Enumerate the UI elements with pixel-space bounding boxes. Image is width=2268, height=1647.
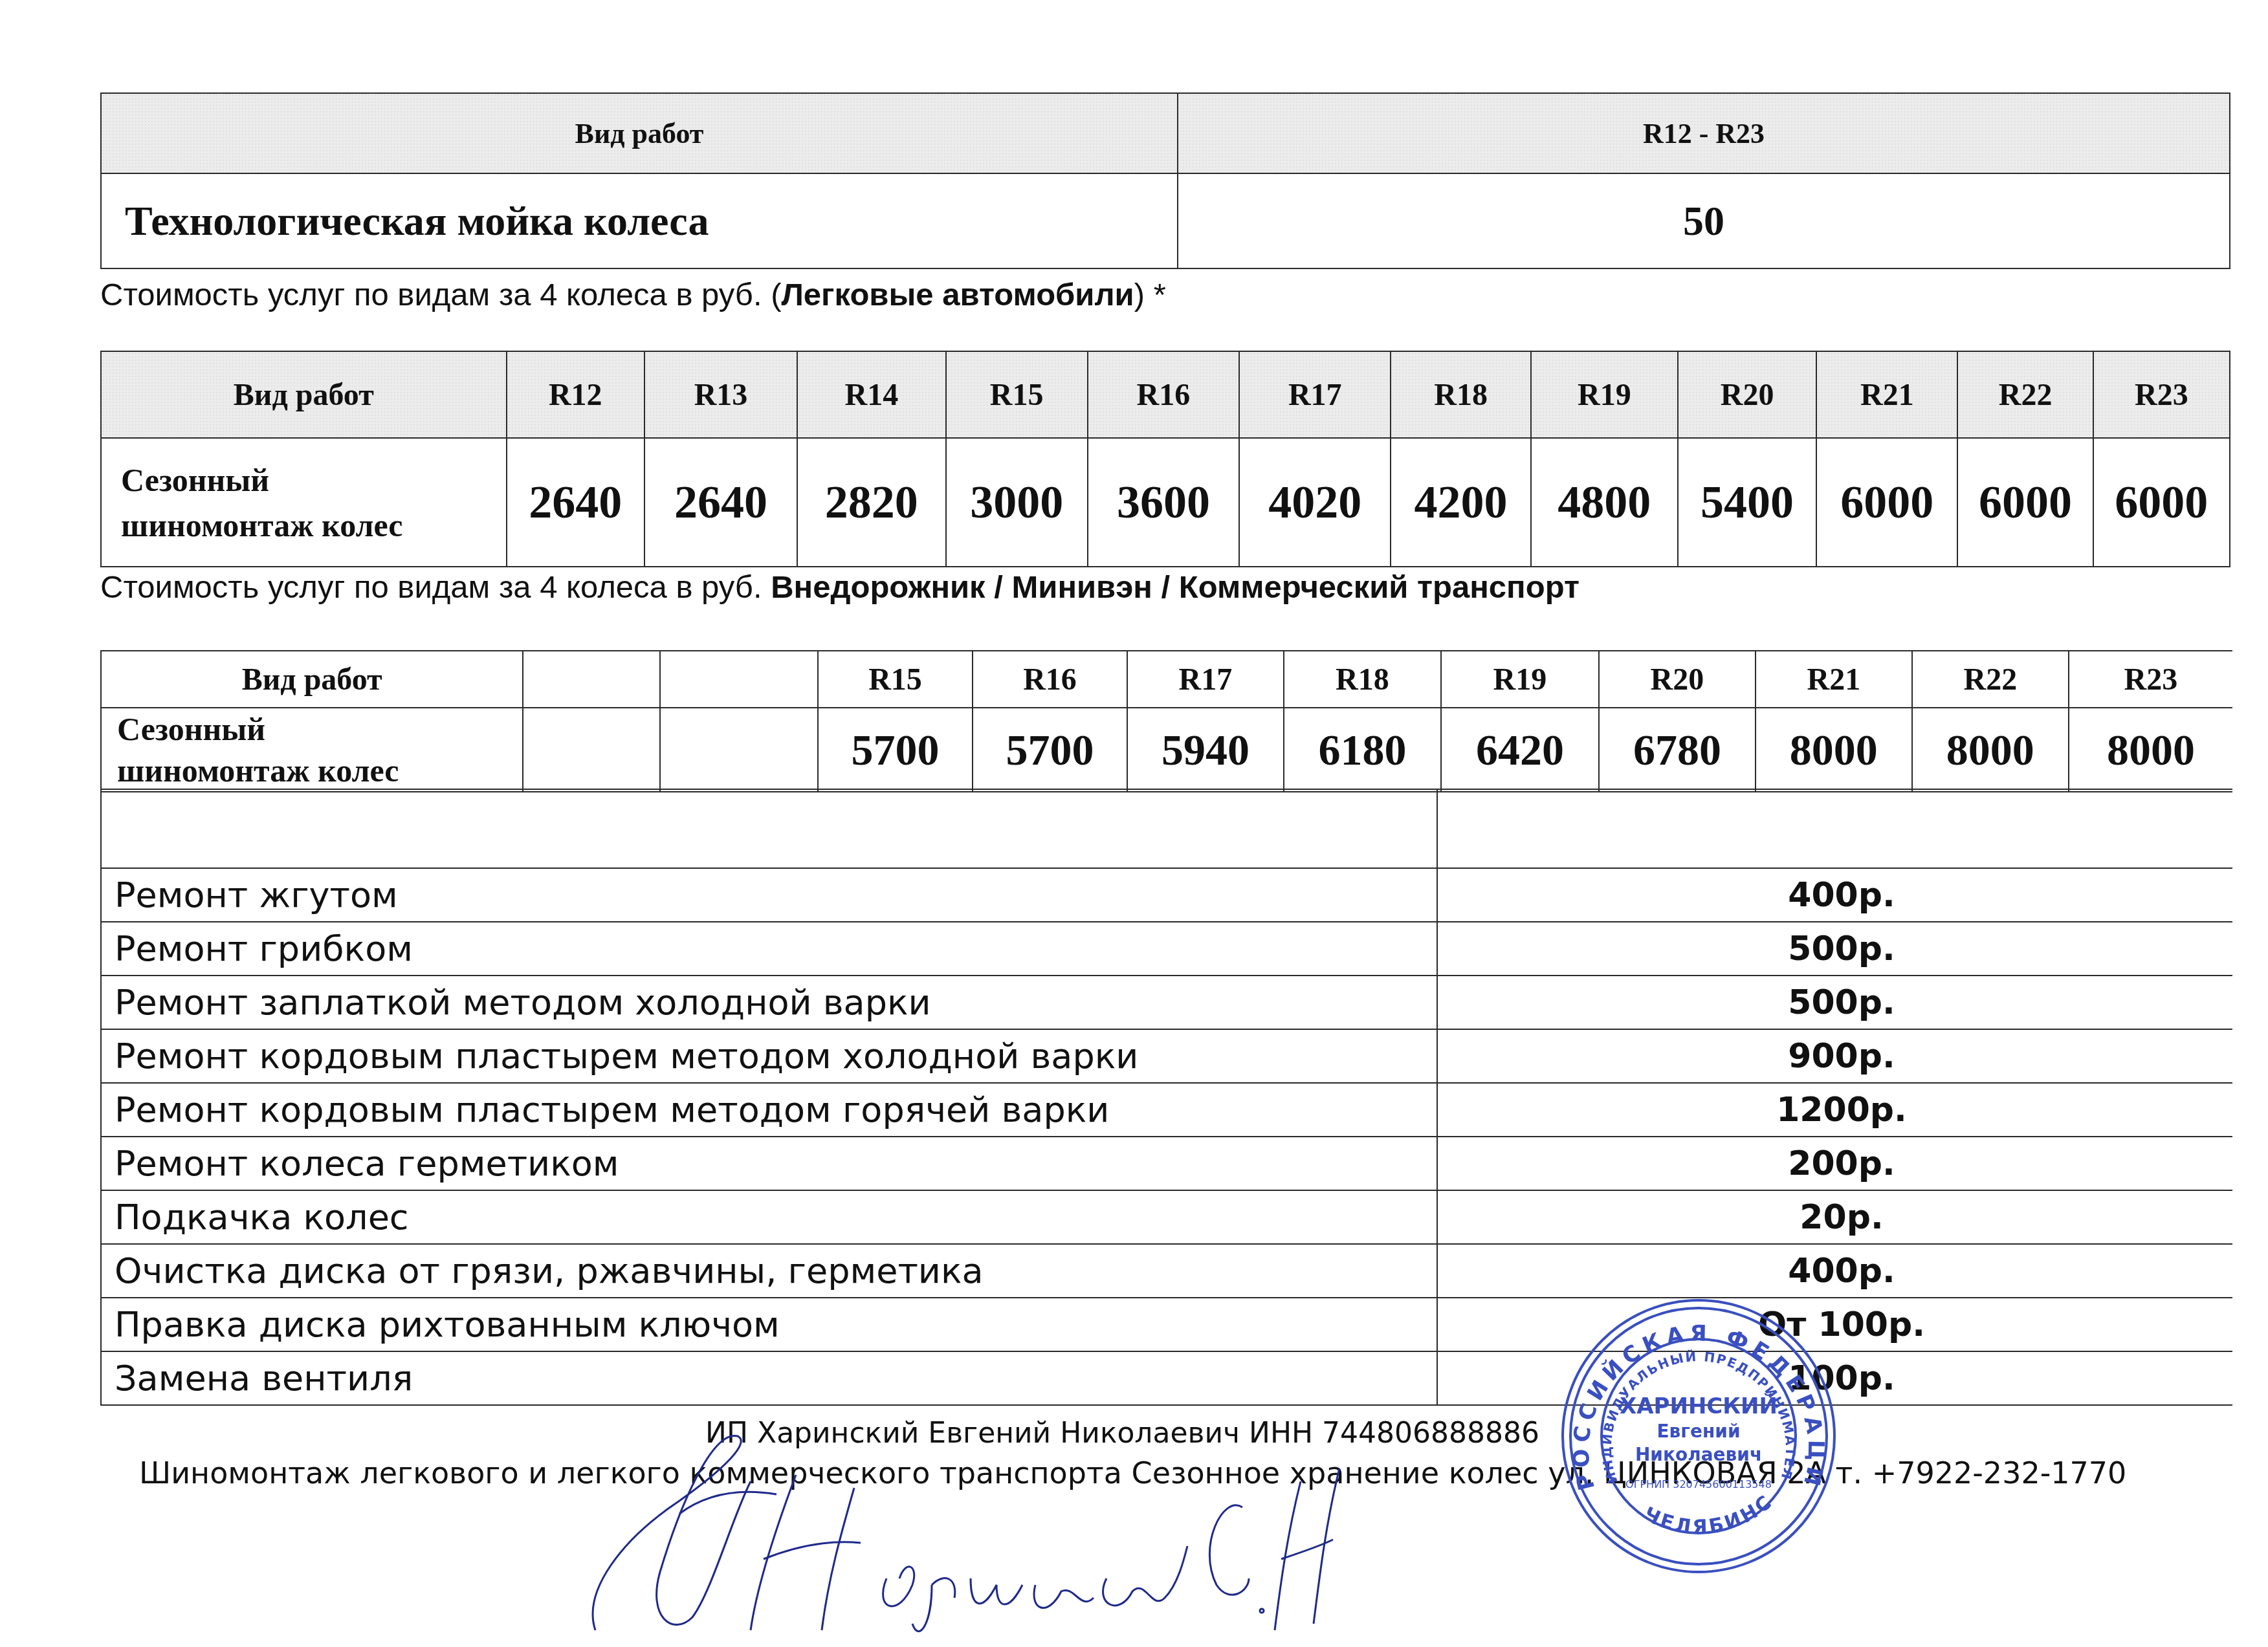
wash-price-table: Вид работ R12 - R23 Технологическая мойк… [100, 93, 2230, 269]
price-r22: 8000 [1912, 708, 2069, 792]
repair-service-row: Правка диска рихтованным ключомОт 100р. [101, 1298, 2232, 1351]
header-size-r23: R23 [2069, 651, 2232, 708]
header-empty [660, 651, 818, 708]
repair-service-row: Подкачка колес20р. [101, 1190, 2232, 1244]
price-r14: 2820 [797, 438, 945, 567]
header-size-range: R12 - R23 [1178, 93, 2230, 173]
header-work-type: Вид работ [101, 351, 507, 438]
header-size-r18: R18 [1284, 651, 1441, 708]
service-price: 900р. [1437, 1029, 2232, 1083]
service-name: Ремонт заплаткой методом холодной варки [101, 976, 1437, 1029]
blank-cell [1437, 789, 2232, 868]
repair-service-row: Ремонт жгутом400р. [101, 868, 2232, 922]
header-work-type: Вид работ [101, 93, 1178, 173]
service-price: 20р. [1437, 1190, 2232, 1244]
header-size-r22: R22 [1912, 651, 2069, 708]
service-label: Сезонныйшиномонтаж колес [101, 708, 523, 792]
header-size-r15: R15 [818, 651, 973, 708]
svg-text:Николаевич: Николаевич [1635, 1444, 1762, 1465]
price-r22: 6000 [1957, 438, 2093, 567]
price-r15: 5700 [818, 708, 973, 792]
repair-service-row: Замена вентиля100р. [101, 1351, 2232, 1405]
wash-service-label: Технологическая мойка колеса [101, 173, 1178, 268]
repair-service-row: Очистка диска от грязи, ржавчины, гермет… [101, 1244, 2232, 1298]
price-r16: 3600 [1088, 438, 1239, 567]
header-size-r16: R16 [1088, 351, 1239, 438]
header-size-r20: R20 [1599, 651, 1756, 708]
header-size-r13: R13 [644, 351, 797, 438]
header-size-r19: R19 [1531, 351, 1678, 438]
price-r21: 8000 [1756, 708, 1912, 792]
service-price: 400р. [1437, 868, 2232, 922]
price-r16: 5700 [973, 708, 1127, 792]
service-name: Ремонт кордовым пластырем методом холодн… [101, 1029, 1437, 1083]
price-empty [660, 708, 818, 792]
service-price: 200р. [1437, 1137, 2232, 1190]
price-r12: 2640 [507, 438, 644, 567]
suv-price-table: Вид работ R15R16R17R18R19R20R21R22R23 Се… [100, 650, 2232, 792]
repair-service-row: Ремонт колеса герметиком200р. [101, 1137, 2232, 1190]
header-size-r22: R22 [1957, 351, 2093, 438]
price-empty [523, 708, 660, 792]
header-size-r18: R18 [1391, 351, 1530, 438]
header-size-r21: R21 [1756, 651, 1912, 708]
price-r23: 8000 [2069, 708, 2232, 792]
svg-text:Евгений: Евгений [1657, 1421, 1740, 1442]
price-r17: 5940 [1127, 708, 1284, 792]
service-name: Ремонт кордовым пластырем методом горяче… [101, 1083, 1437, 1137]
svg-text:ОГРНИП 320745600113548: ОГРНИП 320745600113548 [1625, 1478, 1772, 1490]
header-size-r19: R19 [1441, 651, 1599, 708]
service-name: Ремонт жгутом [101, 868, 1437, 922]
header-size-r16: R16 [973, 651, 1127, 708]
wash-service-price: 50 [1178, 173, 2230, 268]
price-r19: 4800 [1531, 438, 1678, 567]
service-name: Очистка диска от грязи, ржавчины, гермет… [101, 1244, 1437, 1298]
repair-service-row: Ремонт кордовым пластырем методом холодн… [101, 1029, 2232, 1083]
repair-service-row: Ремонт кордовым пластырем методом горяче… [101, 1083, 2232, 1137]
repair-service-row: Ремонт заплаткой методом холодной варки5… [101, 976, 2232, 1029]
header-size-r17: R17 [1127, 651, 1284, 708]
price-r23: 6000 [2093, 438, 2230, 567]
price-r20: 6780 [1599, 708, 1756, 792]
header-size-r14: R14 [797, 351, 945, 438]
price-r13: 2640 [644, 438, 797, 567]
header-size-r21: R21 [1816, 351, 1957, 438]
suv-caption: Стоимость услуг по видам за 4 колеса в р… [100, 569, 1580, 605]
svg-text:ХАРИНСКИЙ: ХАРИНСКИЙ [1620, 1393, 1778, 1419]
header-size-r23: R23 [2093, 351, 2230, 438]
service-price: 1200р. [1437, 1083, 2232, 1137]
service-name: Ремонт грибком [101, 922, 1437, 976]
service-price: 500р. [1437, 976, 2232, 1029]
service-name: Замена вентиля [101, 1351, 1437, 1405]
header-size-r15: R15 [946, 351, 1088, 438]
header-work-type: Вид работ [101, 651, 523, 708]
service-name: Подкачка колес [101, 1190, 1437, 1244]
price-r20: 5400 [1678, 438, 1816, 567]
header-empty [523, 651, 660, 708]
price-r18: 4200 [1391, 438, 1530, 567]
service-name: Ремонт колеса герметиком [101, 1137, 1437, 1190]
repair-services-table: Ремонт жгутом400р.Ремонт грибком500р.Рем… [100, 789, 2232, 1406]
price-r18: 6180 [1284, 708, 1441, 792]
service-price: 500р. [1437, 922, 2232, 976]
price-r15: 3000 [946, 438, 1088, 567]
service-name: Правка диска рихтованным ключом [101, 1298, 1437, 1351]
header-size-r20: R20 [1678, 351, 1816, 438]
header-size-r17: R17 [1239, 351, 1391, 438]
repair-service-row: Ремонт грибком500р. [101, 922, 2232, 976]
service-label: Сезонныйшиномонтаж колес [101, 438, 507, 567]
price-r19: 6420 [1441, 708, 1599, 792]
passenger-caption: Стоимость услуг по видам за 4 колеса в р… [100, 277, 1166, 313]
blank-cell [101, 789, 1437, 868]
company-stamp-icon: РОССИЙСКАЯ ФЕДЕРАЦИЯ ИНДИВИДУАЛЬНЫЙ ПРЕД… [1556, 1294, 1841, 1578]
signature-icon [582, 1430, 1553, 1643]
passenger-price-table: Вид работ R12R13R14R15R16R17R18R19R20R21… [100, 351, 2230, 567]
price-r21: 6000 [1816, 438, 1957, 567]
price-r17: 4020 [1239, 438, 1391, 567]
header-size-r12: R12 [507, 351, 644, 438]
service-price: 400р. [1437, 1244, 2232, 1298]
